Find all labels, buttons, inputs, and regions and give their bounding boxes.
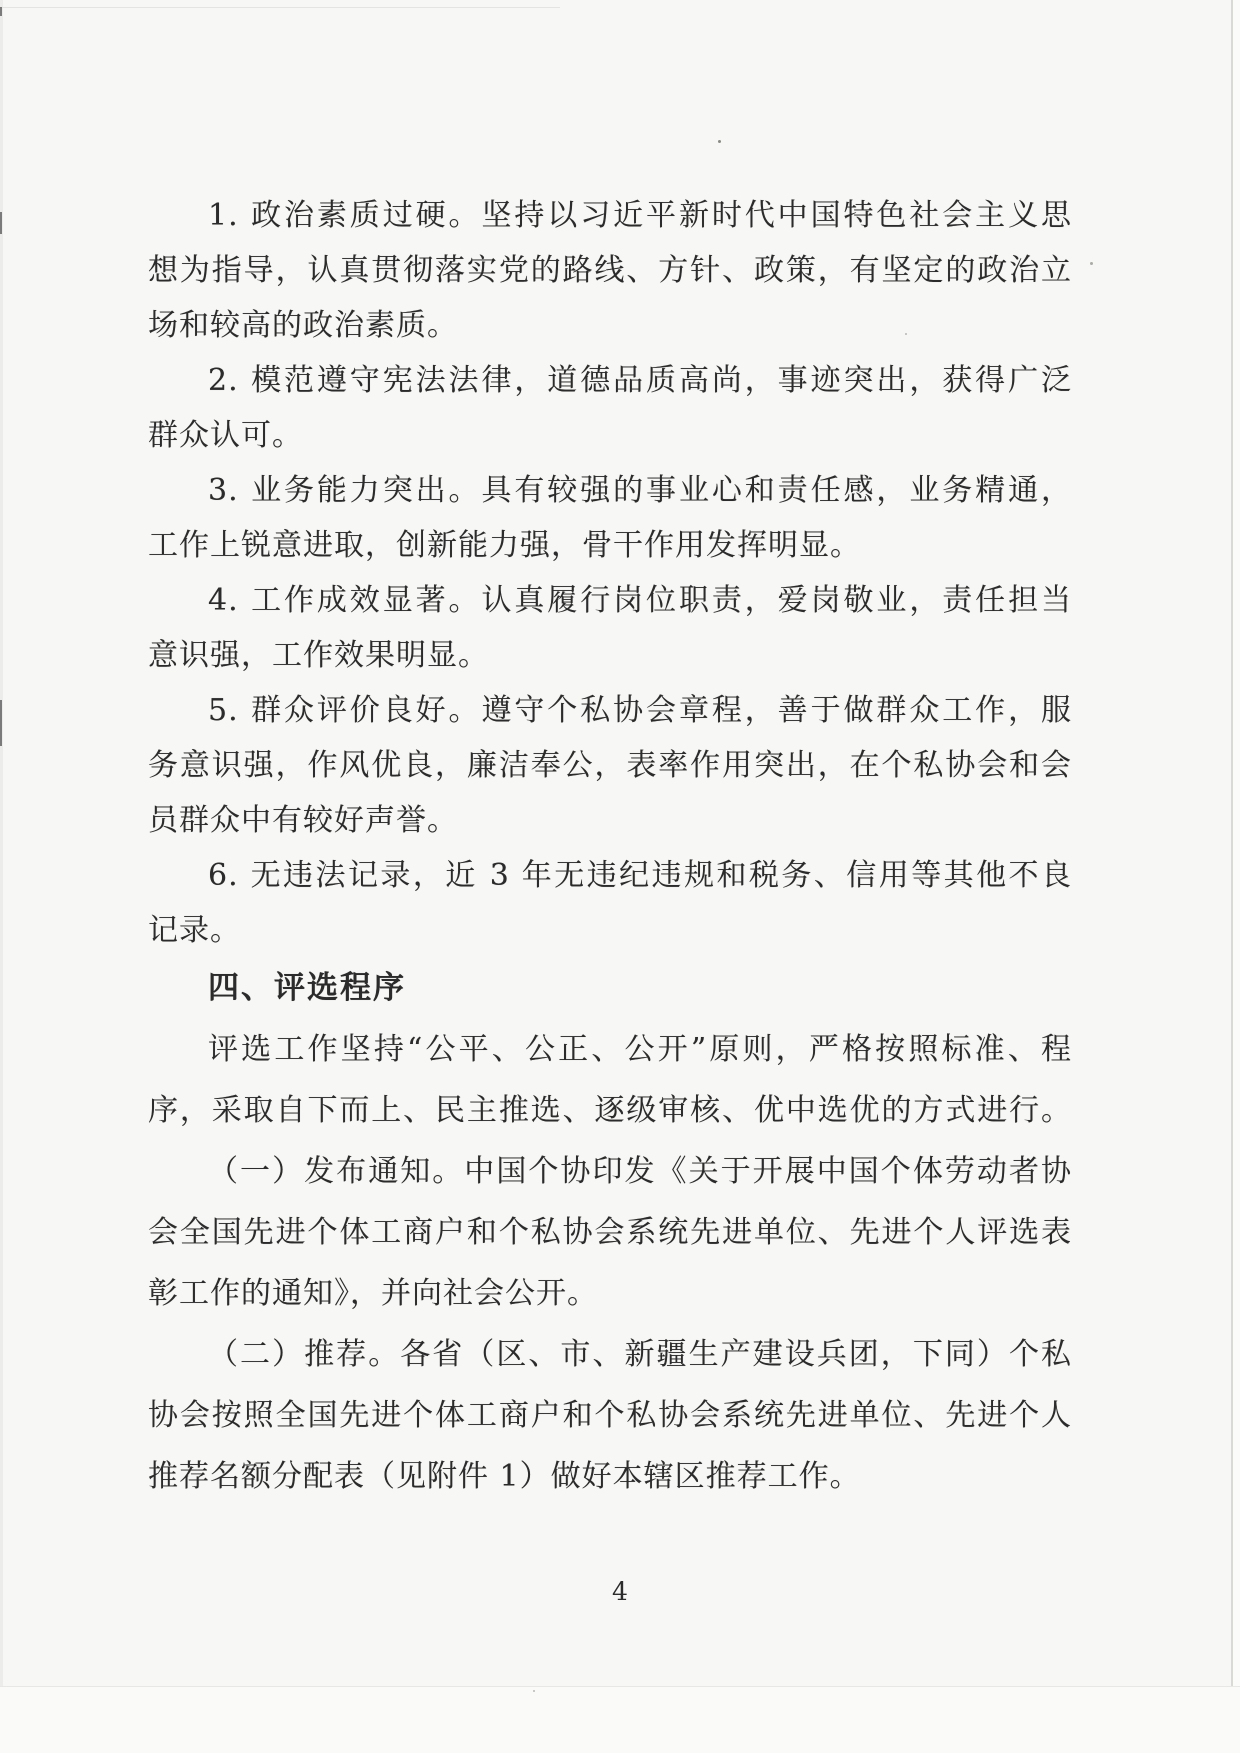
text-line: 3. 业务能力突出。具有较强的事业心和责任感，业务精通， [148, 463, 1072, 518]
text-line: 彰工作的通知》，并向社会公开。 [148, 1263, 1072, 1324]
text-line: （一）发布通知。中国个协印发《关于开展中国个体劳动者协 [148, 1141, 1072, 1202]
text-line: 场和较高的政治素质。 [148, 298, 1072, 353]
text-line: 协会按照全国先进个体工商户和个私协会系统先进单位、先进个人 [148, 1385, 1072, 1446]
text-line: 5. 群众评价良好。遵守个私协会章程，善于做群众工作，服 [148, 683, 1072, 738]
section-heading: 四、评选程序 [148, 958, 1072, 1019]
page-number: 4 [0, 1577, 1240, 1606]
text-line: 会全国先进个体工商户和个私协会系统先进单位、先进个人评选表 [148, 1202, 1072, 1263]
text-line: 员群众中有较好声誉。 [148, 793, 1072, 848]
text-line: 6. 无违法记录，近 3 年无违纪违规和税务、信用等其他不良 [148, 848, 1072, 903]
document-page: 1. 政治素质过硬。坚持以习近平新时代中国特色社会主义思 想为指导，认真贯彻落实… [0, 0, 1240, 1753]
text-line: 群众认可。 [148, 408, 1072, 463]
paper-speck [1090, 262, 1093, 265]
text-line: 工作上锐意进取，创新能力强，骨干作用发挥明显。 [148, 518, 1072, 573]
text-line: 记录。 [148, 903, 1072, 958]
paper-speck [533, 1690, 535, 1692]
text-line: 4. 工作成效显著。认真履行岗位职责，爱岗敬业，责任担当 [148, 573, 1072, 628]
scan-artifact-tick [0, 700, 2, 746]
text-line: 务意识强，作风优良，廉洁奉公，表率作用突出，在个私协会和会 [148, 738, 1072, 793]
scan-edge-right-line [1231, 0, 1233, 1753]
text-line: 序，采取自下而上、民主推选、逐级审核、优中选优的方式进行。 [148, 1080, 1072, 1141]
text-line: 意识强，工作效果明显。 [148, 628, 1072, 683]
scan-edge-right-strip [1233, 0, 1240, 1753]
text-line: 2. 模范遵守宪法法律，道德品质高尚，事迹突出，获得广泛 [148, 353, 1072, 408]
text-line: （二）推荐。各省（区、市、新疆生产建设兵团，下同）个私 [148, 1324, 1072, 1385]
document-body: 1. 政治素质过硬。坚持以习近平新时代中国特色社会主义思 想为指导，认真贯彻落实… [148, 188, 1072, 1507]
scan-artifact-tick [0, 7, 2, 16]
scan-edge-top [0, 7, 560, 8]
paper-speck [718, 140, 721, 143]
text-line: 评选工作坚持“公平、公正、公开”原则，严格按照标准、程 [148, 1019, 1072, 1080]
text-line: 想为指导，认真贯彻落实党的路线、方针、政策，有坚定的政治立 [148, 243, 1072, 298]
scan-edge-left [0, 0, 3, 1753]
text-line: 推荐名额分配表（见附件 1）做好本辖区推荐工作。 [148, 1446, 1072, 1507]
scan-edge-bottom [0, 1686, 1240, 1753]
scan-artifact-tick [0, 212, 2, 234]
text-line: 1. 政治素质过硬。坚持以习近平新时代中国特色社会主义思 [148, 188, 1072, 243]
